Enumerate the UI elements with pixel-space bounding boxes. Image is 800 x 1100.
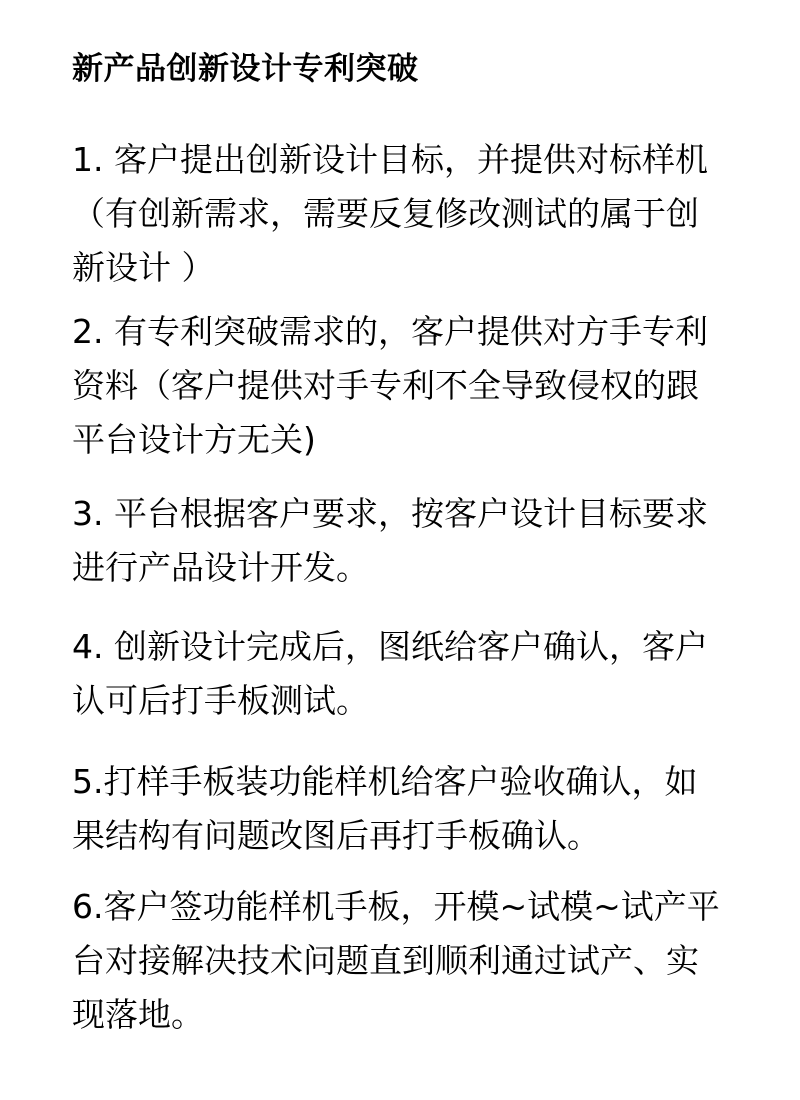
paragraph-line: 台对接解决技术问题直到顺利通过试产、实 (72, 934, 762, 988)
paragraph-step-2: 2. 有专利突破需求的，客户提供对方手专利 资料（客户提供对手专利不全导致侵权的… (72, 305, 762, 467)
page-title: 新产品创新设计专利突破 (72, 44, 762, 94)
paragraph-step-1: 1. 客户提出创新设计目标，并提供对标样机 （有创新需求，需要反复修改测试的属于… (72, 133, 762, 295)
paragraph-line: 果结构有问题改图后再打手板确认。 (72, 809, 762, 863)
paragraph-line: 平台设计方无关) (72, 413, 762, 467)
paragraph-line: 5.打样手板装功能样机给客户验收确认，如 (72, 755, 762, 809)
paragraph-line: 4. 创新设计完成后，图纸给客户确认，客户 (72, 620, 762, 674)
paragraph-step-5: 5.打样手板装功能样机给客户验收确认，如 果结构有问题改图后再打手板确认。 (72, 755, 762, 863)
paragraph-line: 2. 有专利突破需求的，客户提供对方手专利 (72, 305, 762, 359)
paragraph-line: 现落地。 (72, 988, 762, 1042)
paragraph-line: 认可后打手板测试。 (72, 674, 762, 728)
paragraph-line: 进行产品设计开发。 (72, 541, 762, 595)
paragraph-line: 资料（客户提供对手专利不全导致侵权的跟 (72, 359, 762, 413)
paragraph-line: （有创新需求，需要反复修改测试的属于创 (72, 187, 762, 241)
paragraph-line: 新设计 ） (72, 241, 762, 295)
paragraph-line: 1. 客户提出创新设计目标，并提供对标样机 (72, 133, 762, 187)
paragraph-step-6: 6.客户签功能样机手板，开模~试模~试产平 台对接解决技术问题直到顺利通过试产、… (72, 880, 762, 1042)
paragraph-line: 3. 平台根据客户要求，按客户设计目标要求 (72, 487, 762, 541)
paragraph-step-4: 4. 创新设计完成后，图纸给客户确认，客户 认可后打手板测试。 (72, 620, 762, 728)
paragraph-line: 6.客户签功能样机手板，开模~试模~试产平 (72, 880, 762, 934)
paragraph-step-3: 3. 平台根据客户要求，按客户设计目标要求 进行产品设计开发。 (72, 487, 762, 595)
